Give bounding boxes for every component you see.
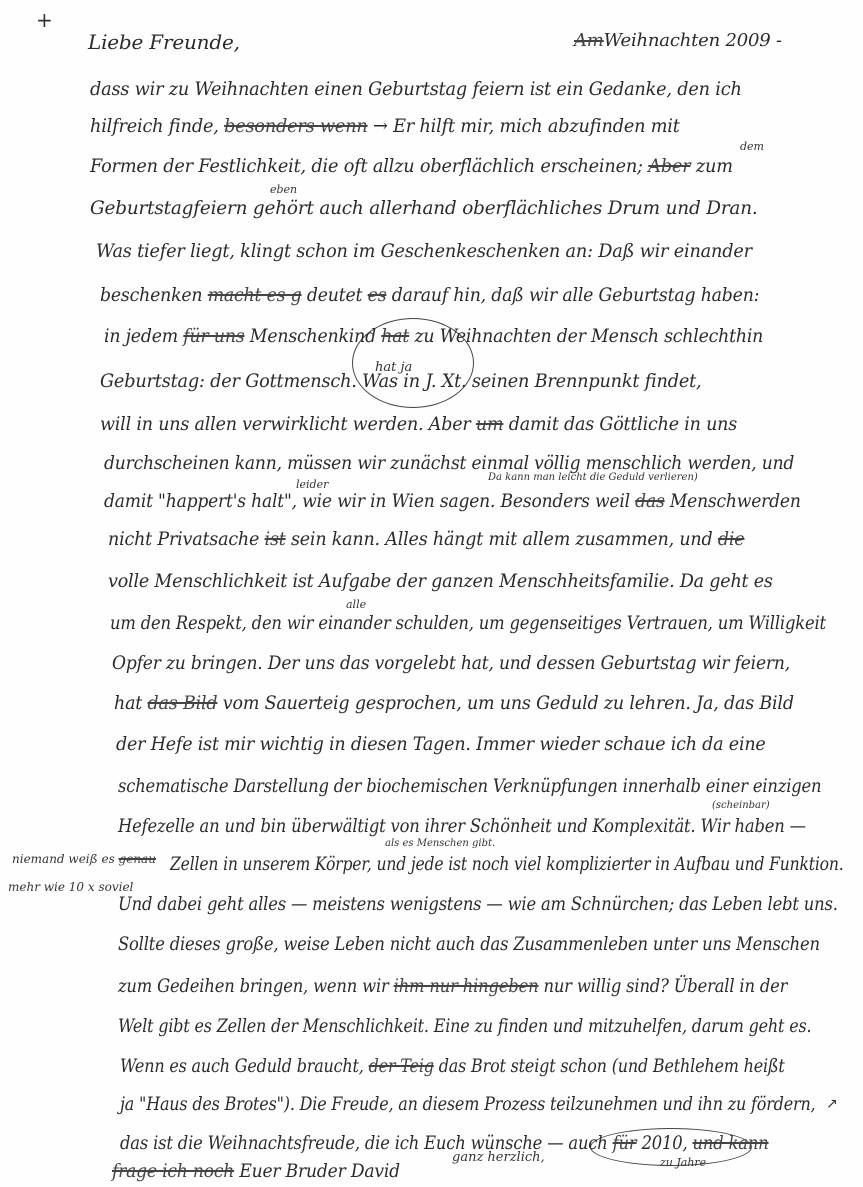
date-struck: Am — [574, 30, 604, 51]
letter-line: Geburtstagfeiern gehört auch allerhand o… — [90, 197, 758, 219]
letter-line: frage ich noch Euer Bruder David — [112, 1160, 400, 1182]
letter-line: Zellen in unserem Körper, und jede ist n… — [170, 853, 844, 875]
letter-page: + AmWeihnachten 2009 - Liebe Freunde, da… — [0, 0, 863, 1187]
letter-line: Opfer zu bringen. Der uns das vorgelebt … — [112, 652, 790, 674]
insertion: (scheinbar) — [712, 800, 770, 811]
insertion: alle — [346, 598, 366, 611]
letter-line: will in uns allen verwirklicht werden. A… — [100, 413, 737, 435]
insertion: dem — [740, 140, 764, 153]
letter-line: durchscheinen kann, müssen wir zunächst … — [104, 452, 794, 474]
letter-line: beschenken macht es g deutet es darauf h… — [100, 284, 759, 306]
letter-line: in jedem für uns Menschenkind hat zu Wei… — [104, 325, 763, 347]
margin-note: mehr wie 10 x soviel — [8, 880, 133, 894]
letter-line: Was tiefer liegt, klingt schon im Gesche… — [96, 240, 752, 262]
letter-date: AmWeihnachten 2009 - — [574, 30, 782, 51]
letter-line: Geburtstag: der Gottmensch. Was in J. Xt… — [100, 370, 701, 392]
letter-line: um den Respekt, den wir einander schulde… — [110, 612, 826, 634]
greeting: Liebe Freunde, — [88, 30, 240, 54]
letter-line: der Hefe ist mir wichtig in diesen Tagen… — [116, 733, 766, 755]
letter-line: dass wir zu Weihnachten einen Geburtstag… — [90, 78, 742, 100]
letter-line: schematische Darstellung der biochemisch… — [118, 775, 821, 797]
letter-line: ja "Haus des Brotes"). Die Freude, an di… — [120, 1093, 815, 1115]
insertion: als es Menschen gibt. — [385, 838, 495, 849]
margin-note: niemand weiß es genau — [12, 852, 156, 866]
cross-mark: + — [36, 8, 53, 32]
letter-line: hat das Bild vom Sauerteig gesprochen, u… — [114, 692, 794, 714]
letter-line: zum Gedeihen bringen, wenn wir ihm nur h… — [118, 975, 787, 997]
insertion: eben — [270, 183, 297, 196]
signature: Euer Bruder David — [234, 1160, 400, 1182]
letter-line: Formen der Festlichkeit, die oft allzu o… — [90, 155, 733, 177]
letter-line: damit "happert's halt", wie wir in Wien … — [104, 490, 801, 512]
letter-line: Und dabei geht alles — meistens wenigste… — [118, 893, 838, 915]
letter-line: Wenn es auch Geduld braucht, der Teig da… — [120, 1055, 785, 1077]
letter-line: volle Menschlichkeit ist Aufgabe der gan… — [108, 570, 773, 592]
page-mark-arrow: ↗ — [826, 1096, 838, 1112]
letter-line: Sollte dieses große, weise Leben nicht a… — [118, 933, 820, 955]
closing: ganz herzlich, — [452, 1150, 545, 1165]
date-text: Weihnachten 2009 - — [604, 30, 782, 51]
insertion: Da kann man leicht die Geduld verlieren) — [488, 472, 698, 483]
letter-line: hilfreich finde, besonders wenn → Er hil… — [90, 115, 680, 137]
letter-line: nicht Privatsache ist sein kann. Alles h… — [108, 528, 744, 550]
letter-line: Welt gibt es Zellen der Menschlichkeit. … — [118, 1015, 811, 1037]
insertion: zu Jahre — [660, 1156, 706, 1169]
letter-line: Hefezelle an und bin überwältigt von ihr… — [118, 815, 806, 837]
letter-line: das ist die Weihnachtsfreude, die ich Eu… — [120, 1132, 769, 1154]
